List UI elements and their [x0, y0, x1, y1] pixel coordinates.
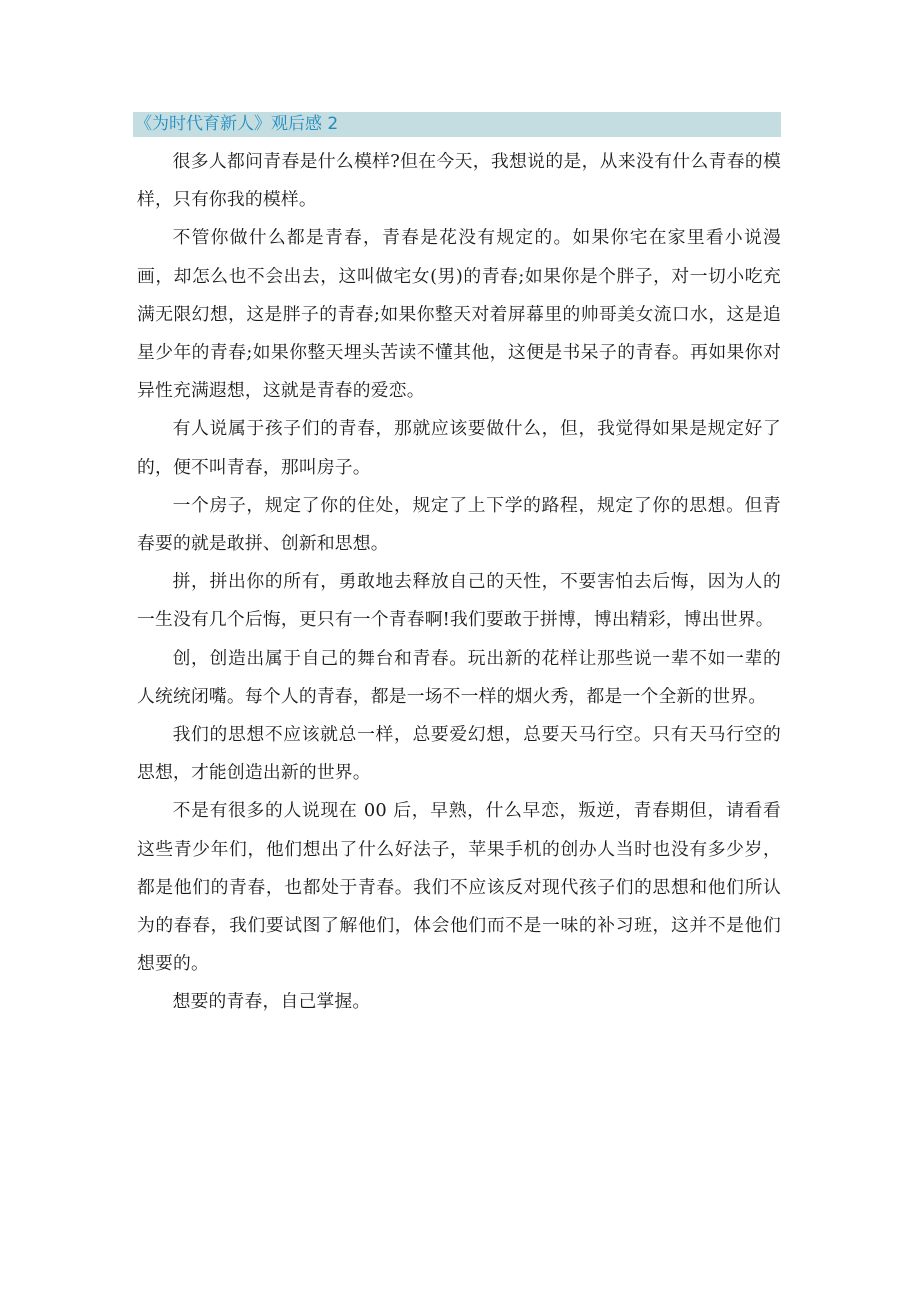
- paragraph: 有人说属于孩子们的青春，那就应该要做什么，但，我觉得如果是规定好了的，便不叫青春…: [137, 410, 781, 486]
- paragraph: 创，创造出属于自己的舞台和青春。玩出新的花样让那些说一辈不如一辈的人统统闭嘴。每…: [137, 640, 781, 716]
- paragraph: 一个房子，规定了你的住处，规定了上下学的路程，规定了你的思想。但青春要的就是敢拼…: [137, 487, 781, 563]
- paragraph: 拼，拼出你的所有，勇敢地去释放自己的天性，不要害怕去后悔，因为人的一生没有几个后…: [137, 563, 781, 639]
- document-body: 很多人都问青春是什么模样?但在今天，我想说的是，从来没有什么青春的模样，只有你我…: [137, 143, 781, 1022]
- section-header-bar: 《为时代育新人》观后感 2: [133, 112, 781, 137]
- paragraph: 我们的思想不应该就总一样，总要爱幻想，总要天马行空。只有天马行空的思想，才能创造…: [137, 716, 781, 792]
- paragraph: 不管你做什么都是青春，青春是花没有规定的。如果你宅在家里看小说漫画，却怎么也不会…: [137, 219, 781, 410]
- document-page: 《为时代育新人》观后感 2 很多人都问青春是什么模样?但在今天，我想说的是，从来…: [137, 112, 781, 1022]
- section-title: 《为时代育新人》观后感 2: [135, 112, 338, 137]
- paragraph: 不是有很多的人说现在 00 后，早熟，什么早恋，叛逆，青春期但，请看看这些青少年…: [137, 792, 781, 983]
- paragraph: 想要的青春，自己掌握。: [137, 983, 781, 1021]
- paragraph: 很多人都问青春是什么模样?但在今天，我想说的是，从来没有什么青春的模样，只有你我…: [137, 143, 781, 219]
